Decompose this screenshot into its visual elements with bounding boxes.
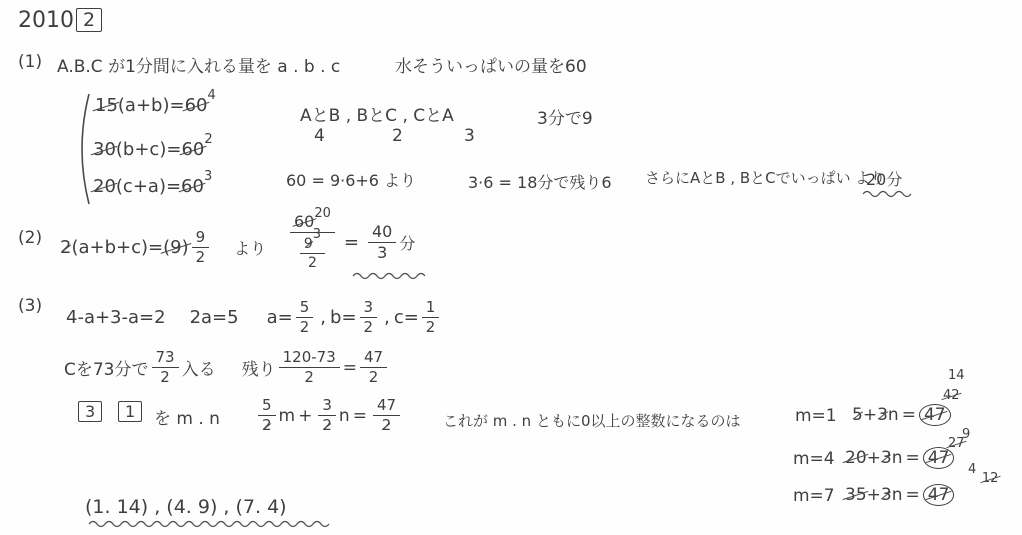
- part2-calculation: 6020 93 2 = 403 分: [287, 214, 415, 270]
- fraction-47-2: 472: [360, 350, 387, 385]
- cancelled-9: (9): [163, 237, 189, 258]
- cancelled-3: 3: [881, 485, 892, 505]
- corrected-value: 2: [204, 132, 212, 147]
- variable-n: n: [339, 406, 350, 426]
- cancelled-42: 42: [943, 388, 960, 403]
- plus-sign: +: [867, 485, 881, 505]
- yori-label: より: [234, 236, 266, 259]
- pair-value-ab: 4: [314, 126, 325, 146]
- let-mn-text: を m . n: [154, 404, 220, 429]
- pair-value-bc: 2: [392, 126, 403, 146]
- plus-sign: +: [298, 406, 312, 426]
- equation-1: 15(a+b)=604: [95, 95, 216, 116]
- final-answer-pairs: (1. 14) , (4. 9) , (7. 4): [85, 496, 287, 518]
- cancelled-9: 9: [304, 237, 313, 251]
- reduced-20: 20: [314, 206, 331, 221]
- b-fraction: 32: [360, 300, 378, 335]
- part1-answer: 20分: [866, 167, 902, 190]
- c-value-lhs: c=: [394, 307, 419, 328]
- blank-box-3: 3: [78, 401, 102, 422]
- three-minutes-note: 3分で9: [537, 104, 593, 129]
- pair-list: AとB , BとC , CとA: [300, 101, 454, 126]
- corrected-value: 4: [207, 88, 215, 103]
- equals-sign: =: [353, 406, 367, 426]
- case-m1-label: m=1: [795, 406, 837, 426]
- case-m1-equation: 5+3n=47: [852, 404, 951, 426]
- comma: ,: [384, 307, 390, 328]
- fraction-5-2: 52: [258, 398, 276, 433]
- equation-a: 4-a+3-a=2: [66, 307, 166, 328]
- cancelled-35: 35: [845, 485, 867, 505]
- a-value-lhs: a=: [267, 307, 293, 328]
- equals-sign: =: [906, 485, 920, 505]
- cancelled-2: 2: [60, 237, 71, 258]
- wavy-underline: [352, 272, 426, 280]
- cancelled-60: 60: [185, 95, 208, 116]
- remainder-label: 残り: [242, 355, 276, 380]
- equals-sign: =: [343, 358, 357, 378]
- left-brace-icon: [74, 92, 92, 206]
- fraction-3-2: 32: [318, 398, 336, 433]
- cancelled-60: 60: [181, 139, 204, 160]
- pair-value-ca: 3: [464, 126, 475, 146]
- n-value-annotation: 14: [948, 368, 965, 383]
- equation-3-body: (c+a)=: [116, 176, 181, 197]
- handwritten-worksheet: 2010 2 (1) A.B.C が1分間に入れる量を a . b . c 水そ…: [0, 0, 1022, 535]
- part2-equation: 2(a+b+c)=(9) 92 より: [60, 230, 266, 265]
- corrected-value: 3: [204, 169, 212, 184]
- equals-sign: =: [344, 232, 359, 253]
- calc-further: さらにAとB , BとCでいっぱい より: [645, 167, 885, 188]
- calc-60: 60 = 9·6+6 より: [286, 168, 416, 191]
- fraction-47-2: 472: [373, 398, 400, 433]
- circled-47: 47: [923, 447, 955, 469]
- equation-3: 20(c+a)=603: [93, 176, 212, 197]
- cancelled-coefficient: 15: [95, 95, 118, 116]
- part3-line2: Cを73分で 732 入る 残り 120-732 = 472: [64, 350, 390, 385]
- big-fraction: 6020 93 2: [290, 214, 335, 270]
- case-m4-equation: 20+3n=47: [845, 447, 954, 469]
- a-fraction: 52: [296, 300, 314, 335]
- equals-sign: =: [902, 405, 916, 425]
- wavy-underline: [862, 190, 912, 198]
- part3-label: (3): [18, 296, 42, 316]
- equation-2: 30(b+c)=602: [93, 139, 213, 160]
- equation-b: 2a=5: [190, 307, 239, 328]
- case-m7-equation: 35+3n=47: [845, 484, 954, 506]
- circled-47: 47: [923, 484, 955, 506]
- circled-47: 47: [919, 404, 951, 426]
- part3-line1: 4-a+3-a=2 2a=5 a= 52 , b= 32 , c= 12: [66, 300, 442, 335]
- c-73min-text: Cを73分で: [64, 355, 149, 380]
- reduced-3: 3: [313, 227, 321, 242]
- n-value-annotation: 4: [968, 462, 976, 477]
- variable-m: m: [279, 406, 296, 426]
- cancelled-coefficient: 20: [93, 176, 116, 197]
- variable-n: n: [888, 405, 899, 425]
- equals-sign: =: [906, 448, 920, 468]
- title-year: 2010: [18, 8, 74, 33]
- variable-n: n: [892, 485, 903, 505]
- cancelled-12: 12: [982, 471, 999, 486]
- cancelled-60: 60: [294, 214, 314, 230]
- fraction-120-73-2: 120-732: [279, 350, 340, 385]
- blank-box-1: 1: [118, 401, 142, 422]
- c-fraction: 12: [422, 300, 440, 335]
- part1-intro2: 水そういっぱいの量を60: [395, 52, 587, 77]
- integer-condition-text: これが m . n ともに0以上の整数になるのは: [443, 410, 741, 431]
- calc-18min: 3·6 = 18分で残り6: [468, 170, 612, 193]
- minutes-unit: 分: [399, 231, 415, 254]
- part1-intro: A.B.C が1分間に入れる量を a . b . c: [57, 52, 340, 77]
- equation-1-body: (a+b)=: [118, 95, 185, 116]
- case-m7-label: m=7: [793, 486, 835, 506]
- case-m4-label: m=4: [793, 449, 835, 469]
- cancelled-3: 3: [877, 405, 888, 425]
- title-problem-number: 2: [76, 8, 102, 32]
- plus-sign: +: [863, 405, 877, 425]
- result-fraction: 403: [368, 224, 396, 261]
- cancelled-3: 3: [881, 448, 892, 468]
- variable-n: n: [892, 448, 903, 468]
- n-value-annotation: 9: [962, 427, 970, 442]
- fraction-73-2: 732: [152, 350, 179, 385]
- diophantine-equation: 52 m + 32 n = 472: [255, 398, 403, 433]
- cancelled-60: 60: [181, 176, 204, 197]
- plus-sign: +: [867, 448, 881, 468]
- fraction-9-2: 92: [192, 230, 210, 265]
- cancelled-20: 20: [845, 448, 867, 468]
- comma: ,: [320, 307, 326, 328]
- cancelled-5: 5: [852, 405, 863, 425]
- enter-text: 入る: [182, 355, 216, 380]
- nested-fraction: 93 2: [300, 237, 325, 270]
- cancelled-coefficient: 30: [93, 139, 116, 160]
- equation-2-body: (b+c)=: [116, 139, 182, 160]
- b-value-lhs: b=: [330, 307, 357, 328]
- wavy-underline: [88, 520, 338, 528]
- part1-label: (1): [18, 52, 42, 72]
- part2-body: (a+b+c)=: [71, 237, 163, 258]
- part2-label: (2): [18, 228, 42, 248]
